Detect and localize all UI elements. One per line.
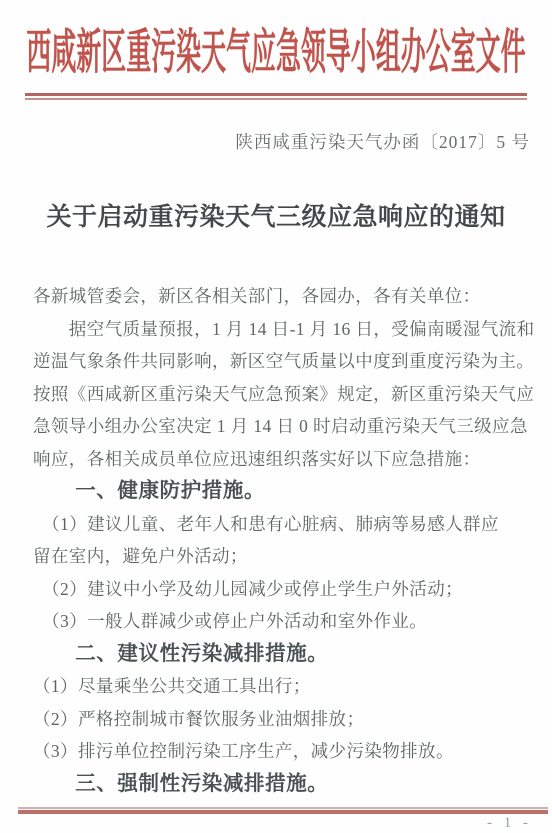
letterhead-title: 西咸新区重污染天气应急领导小组办公室文件 — [26, 29, 525, 77]
letterhead-divider-thick — [25, 93, 527, 96]
body-line: （2）严格控制城市餐饮服务业油烟排放； — [33, 703, 529, 736]
document-title: 关于启动重污染天气三级应急响应的通知 — [0, 196, 552, 240]
body-line: 响应，各相关成员单位应迅速组织落实好以下应急措施： — [33, 443, 529, 476]
body-line: 按照《西咸新区重污染天气应急预案》规定，新区重污染天气应 — [33, 378, 529, 411]
body-line: （2）建议中小学及幼儿园减少或停止学生户外活动； — [33, 573, 529, 606]
footer-divider-thick — [18, 810, 548, 814]
body-line-salutation: 各新城管委会，新区各相关部门，各园办，各有关单位： — [33, 280, 529, 313]
document-page: 西咸新区重污染天气应急领导小组办公室文件 陕西咸重污染天气办函〔2017〕5 号… — [0, 0, 552, 833]
body-line: 据空气质量预报，1 月 14 日-1 月 16 日，受偏南暖湿气流和 — [33, 313, 529, 346]
body-line: （3）一般人群减少或停止户外活动和室外作业。 — [33, 605, 529, 638]
page-number: - 1 - — [487, 814, 532, 832]
section-heading-2: 二、建议性污染减排措施。 — [33, 638, 529, 671]
footer-divider-thin — [18, 807, 548, 809]
document-body: 各新城管委会，新区各相关部门，各园办，各有关单位： 据空气质量预报，1 月 14… — [33, 280, 529, 800]
letterhead-divider-thin — [25, 98, 527, 100]
body-line: （1）尽量乘坐公共交通工具出行； — [33, 670, 529, 703]
letterhead: 西咸新区重污染天气应急领导小组办公室文件 — [0, 24, 552, 82]
body-line: 急领导小组办公室决定 1 月 14 日 0 时启动重污染天气三级应急 — [33, 410, 529, 443]
body-line: 留在室内，避免户外活动； — [33, 540, 529, 573]
body-line: （1）建议儿童、老年人和患有心脏病、肺病等易感人群应 — [33, 508, 529, 541]
document-reference-number: 陕西咸重污染天气办函〔2017〕5 号 — [235, 130, 530, 155]
section-heading-1: 一、健康防护措施。 — [33, 475, 529, 508]
section-heading-3: 三、强制性污染减排措施。 — [33, 768, 529, 801]
body-line: 逆温气象条件共同影响，新区空气质量以中度到重度污染为主。 — [33, 345, 529, 378]
body-line: （3）排污单位控制污染工序生产，减少污染物排放。 — [33, 735, 529, 768]
